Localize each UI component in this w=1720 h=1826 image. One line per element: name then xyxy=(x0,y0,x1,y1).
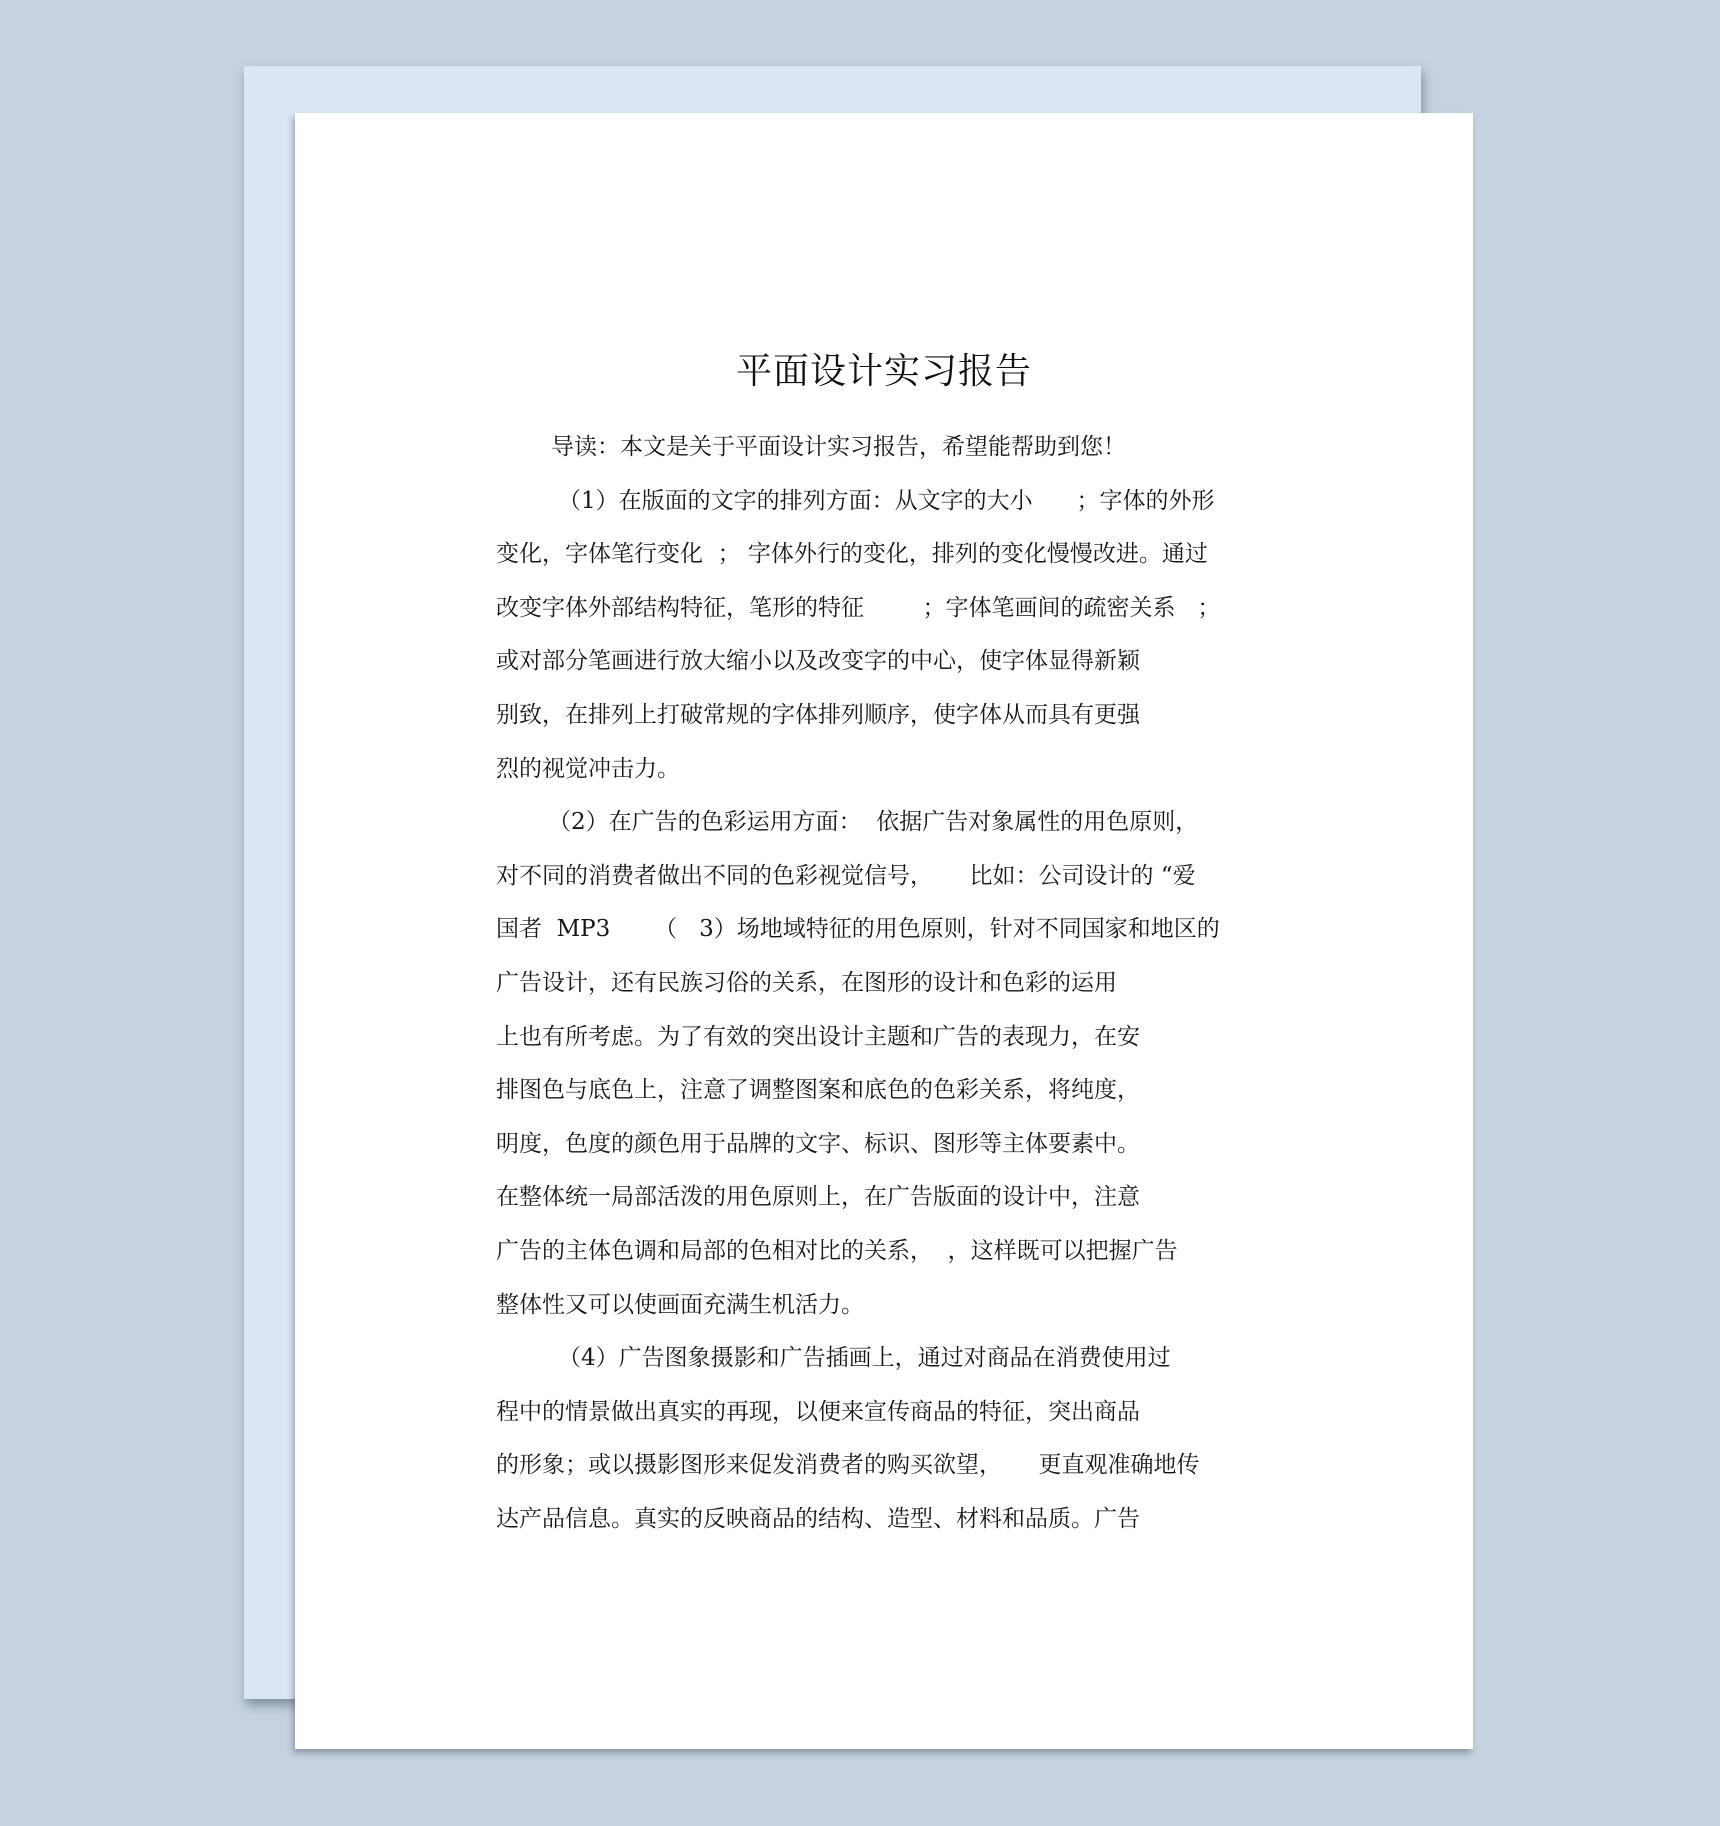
document-body: 导读：本文是关于平面设计实习报告，希望能帮助到您！ （1）在版面的文字的排列方面… xyxy=(496,421,1276,1546)
intro-line: 导读：本文是关于平面设计实习报告，希望能帮助到您！ xyxy=(496,421,1276,475)
paragraph-2-line: 排图色与底色上，注意了调整图案和底色的色彩关系，将纯度， xyxy=(496,1064,1276,1118)
paragraph-1-line: 或对部分笔画进行放大缩小以及改变字的中心，使字体显得新颖 xyxy=(496,635,1276,689)
paragraph-4-line: 的形象；或以摄影图形来促发消费者的购买欲望， 更直观准确地传 xyxy=(496,1439,1276,1493)
paragraph-1-line: 别致，在排列上打破常规的字体排列顺序，使字体从而具有更强 xyxy=(496,689,1276,743)
paragraph-4-line: （4）广告图象摄影和广告插画上，通过对商品在消费使用过 xyxy=(496,1332,1276,1386)
paragraph-1-line: 烈的视觉冲击力。 xyxy=(496,743,1276,797)
paragraph-2-line: 国者 MP3 （ 3）场地域特征的用色原则，针对不同国家和地区的 xyxy=(496,903,1276,957)
document-page: 平面设计实习报告 导读：本文是关于平面设计实习报告，希望能帮助到您！ （1）在版… xyxy=(295,113,1473,1749)
paragraph-2-line: （2）在广告的色彩运用方面： 依据广告对象属性的用色原则， xyxy=(496,796,1276,850)
paragraph-1-line: 变化，字体笔行变化 ； 字体外行的变化，排列的变化慢慢改进。通过 xyxy=(496,528,1276,582)
paragraph-1-line: （1）在版面的文字的排列方面：从文字的大小 ；字体的外形 xyxy=(496,475,1276,529)
paragraph-2-line: 广告的主体色调和局部的色相对比的关系， ，这样既可以把握广告 xyxy=(496,1225,1276,1279)
paragraph-2-line: 上也有所考虑。为了有效的突出设计主题和广告的表现力，在安 xyxy=(496,1011,1276,1065)
paragraph-2-line: 明度，色度的颜色用于品牌的文字、标识、图形等主体要素中。 xyxy=(496,1118,1276,1172)
paragraph-2-line: 对不同的消费者做出不同的色彩视觉信号， 比如：公司设计的 “爱 xyxy=(496,850,1276,904)
paragraph-2-line: 整体性又可以使画面充满生机活力。 xyxy=(496,1279,1276,1333)
document-title: 平面设计实习报告 xyxy=(295,343,1473,394)
paragraph-4-line: 程中的情景做出真实的再现，以便来宣传商品的特征，突出商品 xyxy=(496,1386,1276,1440)
paragraph-2-line: 广告设计，还有民族习俗的关系，在图形的设计和色彩的运用 xyxy=(496,957,1276,1011)
paragraph-4-line: 达产品信息。真实的反映商品的结构、造型、材料和品质。广告 xyxy=(496,1493,1276,1547)
paragraph-1-line: 改变字体外部结构特征，笔形的特征 ；字体笔画间的疏密关系 ； xyxy=(496,582,1276,636)
paragraph-2-line: 在整体统一局部活泼的用色原则上，在广告版面的设计中，注意 xyxy=(496,1171,1276,1225)
